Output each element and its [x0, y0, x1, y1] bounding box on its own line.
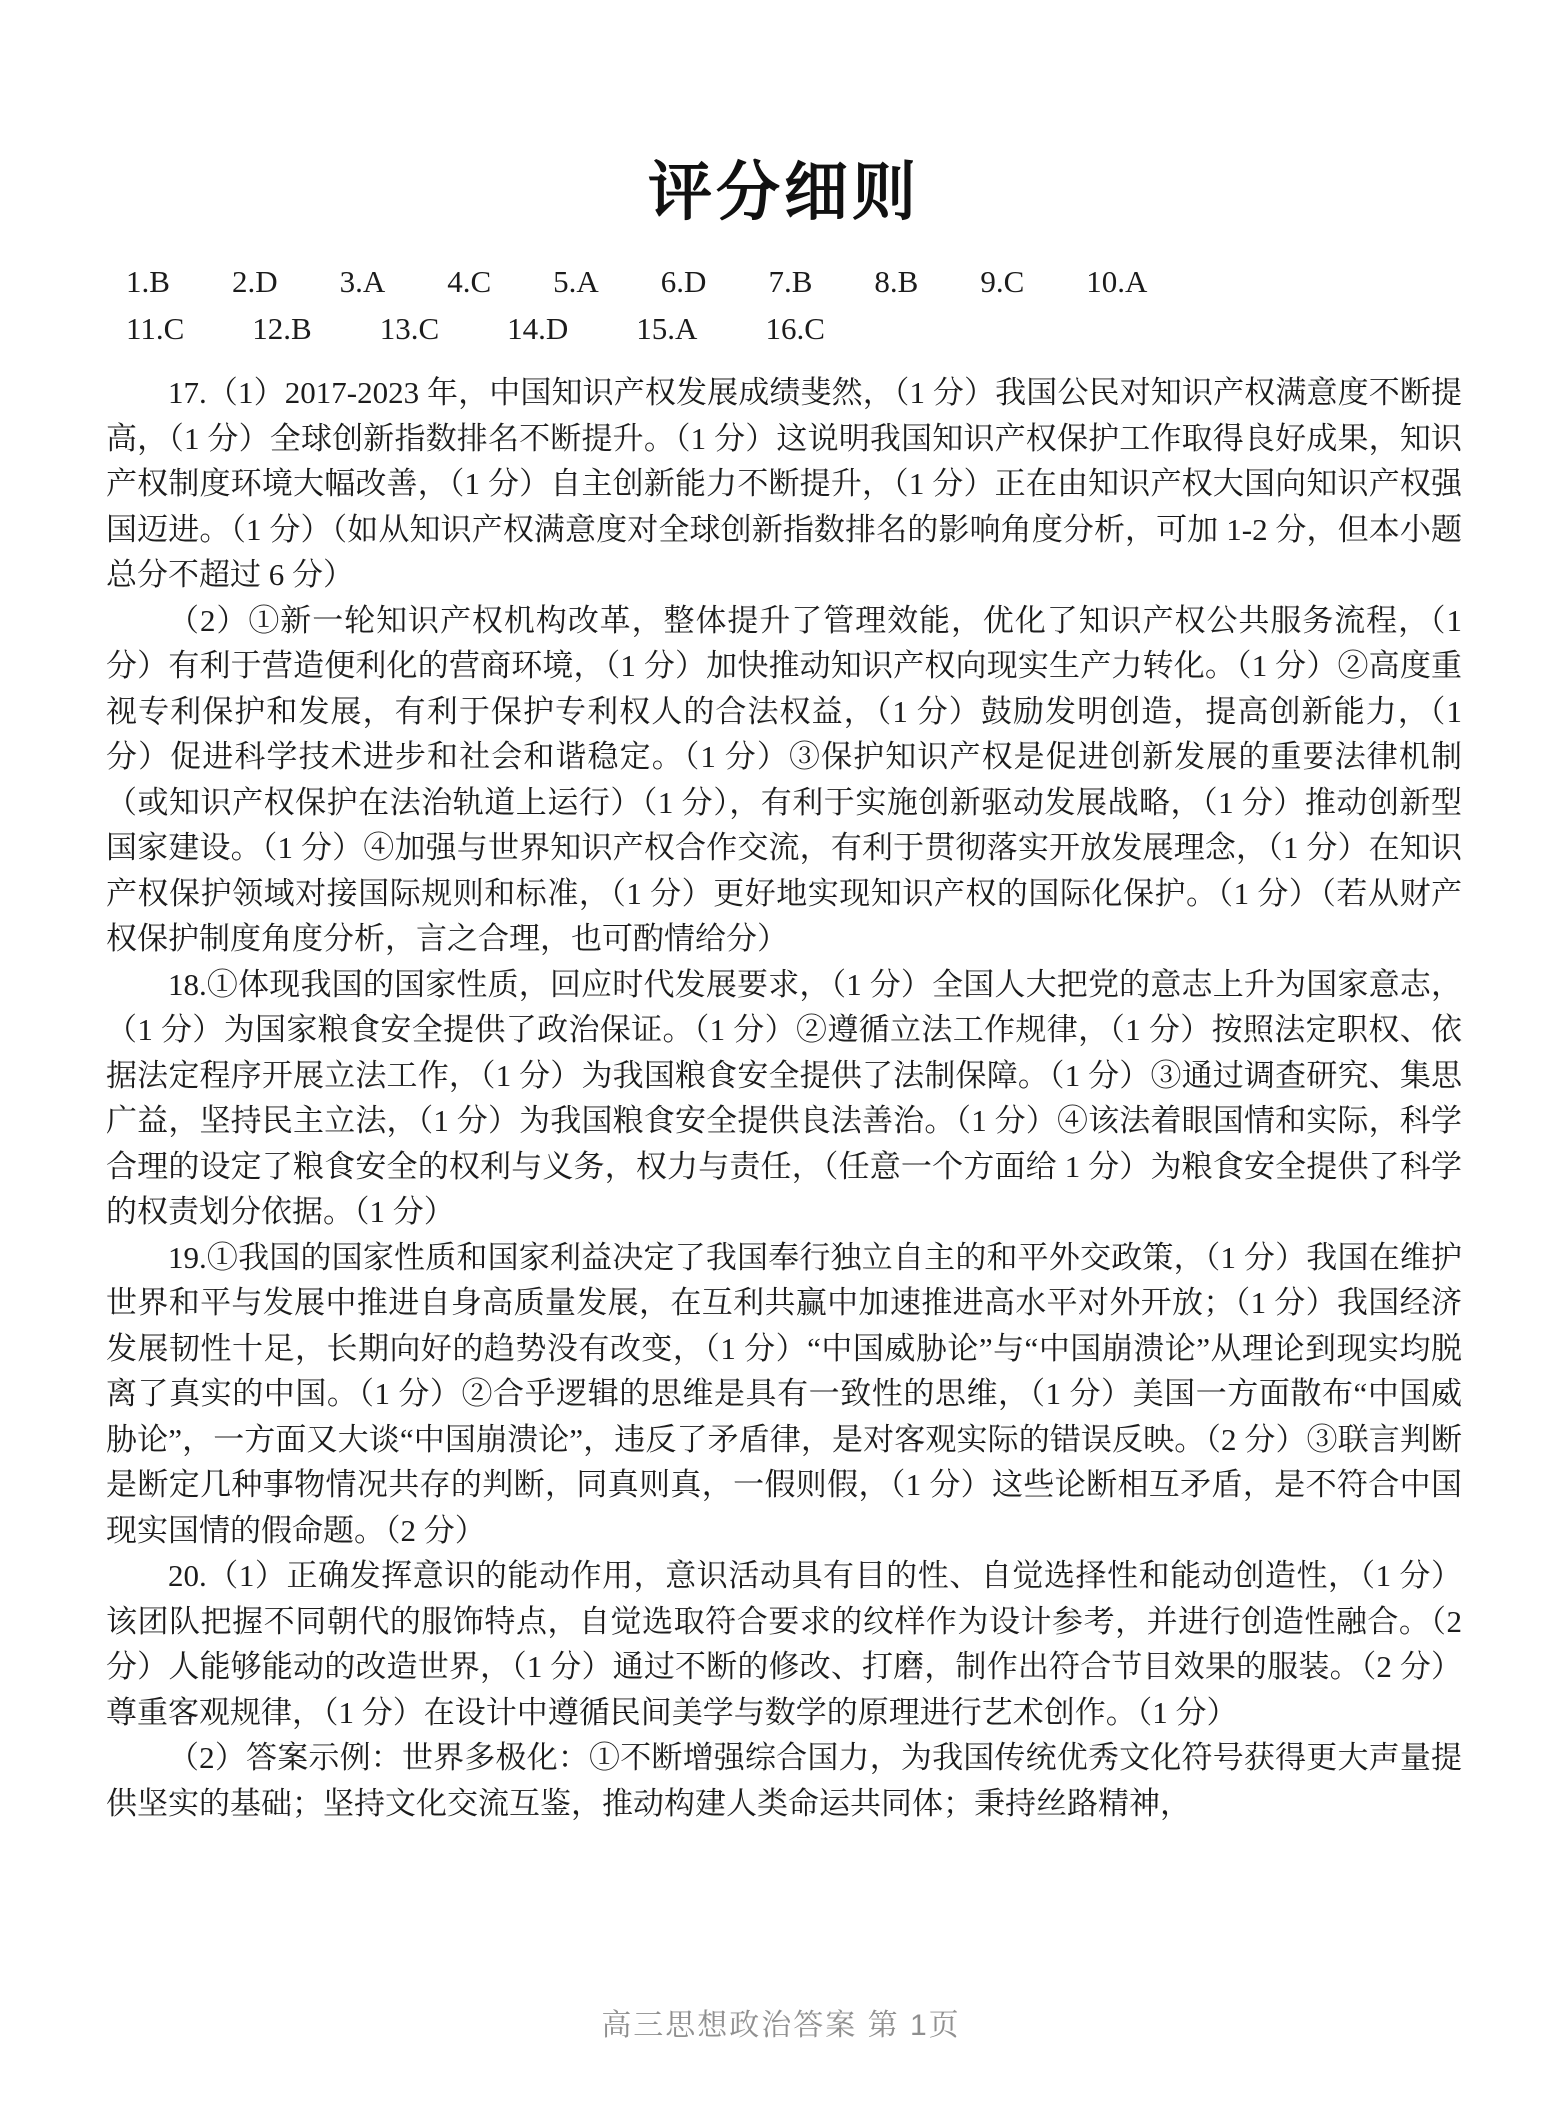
answer-item: 7.B [768, 258, 812, 305]
answer-item: 8.B [874, 258, 918, 305]
answer-item: 6.D [661, 258, 707, 305]
answer-item: 2.D [232, 258, 278, 305]
page-title: 评分细则 [106, 158, 1462, 228]
answer-paragraph-q20-1: 20.（1）正确发挥意识的能动作用，意识活动具有目的性、自觉选择性和能动创造性，… [106, 1553, 1462, 1735]
answer-item: 10.A [1086, 258, 1147, 305]
answer-paragraph-q17-1: 17.（1）2017-2023 年，中国知识产权发展成绩斐然，（1 分）我国公民… [106, 370, 1462, 598]
multiple-choice-answer-key: 1.B 2.D 3.A 4.C 5.A 6.D 7.B 8.B 9.C 10.A… [106, 258, 1462, 352]
answer-item: 4.C [447, 258, 491, 305]
answer-body: 17.（1）2017-2023 年，中国知识产权发展成绩斐然，（1 分）我国公民… [106, 370, 1462, 1826]
answer-item: 3.A [340, 258, 386, 305]
answer-paragraph-q19: 19.①我国的国家性质和国家利益决定了我国奉行独立自主的和平外交政策，（1 分）… [106, 1235, 1462, 1554]
answer-item: 1.B [126, 258, 170, 305]
answer-item: 9.C [980, 258, 1024, 305]
answer-paragraph-q18: 18.①体现我国的国家性质，回应时代发展要求，（1 分）全国人大把党的意志上升为… [106, 962, 1462, 1235]
answer-item: 13.C [380, 305, 439, 352]
answer-paragraph-q20-2: （2）答案示例：世界多极化：①不断增强综合国力，为我国传统优秀文化符号获得更大声… [106, 1735, 1462, 1826]
answer-item: 15.A [636, 305, 697, 352]
answer-item: 12.B [252, 305, 311, 352]
answer-item: 11.C [126, 305, 184, 352]
answer-item: 5.A [553, 258, 599, 305]
page-footer: 高三思想政治答案 第 1页 [0, 2000, 1562, 2044]
answer-key-row-1: 1.B 2.D 3.A 4.C 5.A 6.D 7.B 8.B 9.C 10.A [106, 258, 1462, 305]
answer-key-row-2: 11.C 12.B 13.C 14.D 15.A 16.C [106, 305, 1462, 352]
answer-item: 14.D [507, 305, 568, 352]
answer-paragraph-q17-2: （2）①新一轮知识产权机构改革，整体提升了管理效能，优化了知识产权公共服务流程，… [106, 598, 1462, 962]
answer-sheet-page: 评分细则 1.B 2.D 3.A 4.C 5.A 6.D 7.B 8.B 9.C… [0, 0, 1562, 1826]
answer-item: 16.C [765, 305, 824, 352]
